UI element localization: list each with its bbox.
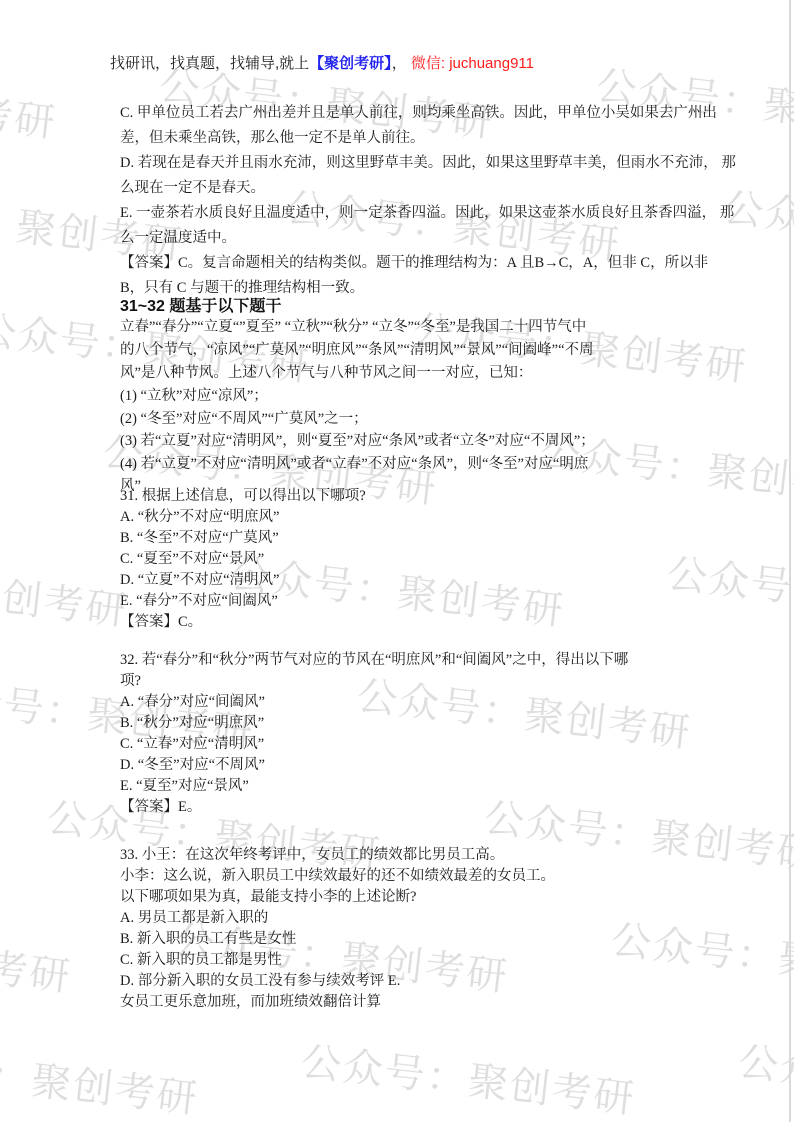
section-31-32-conditions: (1) “立秋”对应“凉风”；(2) “冬至”对应“不周风”“广莫风”之一；(3…	[120, 385, 720, 498]
text-line: 立春”“春分”“立夏“”夏至” “立秋”“秋分” “立冬”“冬至”是我国二十四节…	[120, 316, 720, 339]
page-edge-line	[789, 0, 791, 1122]
promo-header-brand: 【聚创考研】	[309, 55, 392, 72]
text-line: 项?	[120, 671, 720, 692]
text-line: E. “春分”不对应“间阖风”	[120, 591, 720, 612]
text-line: B. “冬至”不对应“广莫风”	[120, 528, 720, 549]
text-line: E. “夏至”对应“景风”	[120, 776, 720, 797]
text-line: 么现在一定不是春天。	[120, 176, 720, 201]
text-line: D. “立夏”不对应“清明风”	[120, 570, 720, 591]
text-line: 小李：这么说，新入职员工中续效最好的还不如绩效最差的女员工。	[120, 866, 720, 887]
text-line: 【答案】E。	[120, 797, 720, 818]
text-line: A. 男员工都是新入职的	[120, 908, 720, 929]
promo-header: 找研讯，找真题，找辅导,就上【聚创考研】， 微信: juchuang911	[110, 52, 534, 73]
text-line: C. 甲单位员工若去广州出差并且是单人前往，则均乘坐高铁。因此，甲单位小吴如果去…	[120, 101, 720, 126]
question-30-options-and-answer: C. 甲单位员工若去广州出差并且是单人前往，则均乘坐高铁。因此，甲单位小吴如果去…	[120, 101, 720, 301]
text-line: C. “夏至”不对应“景风”	[120, 549, 720, 570]
text-line: (2) “冬至”对应“不周风”“广莫风”之一；	[120, 408, 720, 431]
question-33-block: 33. 小王：在这次年终考评中，女员工的绩效都比男员工高。小李：这么说，新入职员…	[120, 845, 720, 1013]
content-layer: 找研讯，找真题，找辅导,就上【聚创考研】， 微信: juchuang911 C.…	[0, 0, 794, 1122]
text-line: B. 新入职的员工有些是女性	[120, 929, 720, 950]
text-line: D. 若现在是春天并且雨水充沛，则这里野草丰美。因此，如果这里野草丰美，但雨水不…	[120, 151, 720, 176]
text-line: 差，但未乘坐高铁，那么他一定不是单人前往。	[120, 126, 720, 151]
text-line: 【答案】C。复言命题相关的结构类似。题干的推理结构为：A 且B→C，A，但非 C…	[120, 251, 720, 276]
text-line: D. 部分新入职的女员工没有参与续效考评 E.	[120, 971, 720, 992]
text-line: E. 一壶茶若水质良好且温度适中，则一定茶香四溢。因此，如果这壶茶水质良好且茶香…	[120, 201, 720, 226]
text-line: 女员工更乐意加班，而加班绩效翻倍计算	[120, 992, 720, 1013]
text-line: 33. 小王：在这次年终考评中，女员工的绩效都比男员工高。	[120, 845, 720, 866]
text-line: 31. 根据上述信息，可以得出以下哪项?	[120, 486, 720, 507]
exam-document-page: 公众号：聚创考研公众号：聚创考研公众号：聚创考研公众号：聚创考研公众号：聚创考研…	[0, 0, 794, 1122]
section-31-32-heading: 31~32 题基于以下题干	[120, 293, 281, 316]
text-line: 么一定温度适中。	[120, 226, 720, 251]
promo-header-prefix: 找研讯，找真题，找辅导,就上	[110, 55, 309, 72]
promo-header-wechat: 微信: juchuang911	[411, 55, 534, 72]
text-line: 以下哪项如果为真，最能支持小李的上述论断?	[120, 887, 720, 908]
text-line: (1) “立秋”对应“凉风”；	[120, 385, 720, 408]
text-line: 风”是八种节风。上述八个节气与八种节风之间一一对应，已知：	[120, 362, 720, 385]
text-line: (3) 若“立夏”对应“清明风”，则“夏至”对应“条风”或者“立冬”对应“不周风…	[120, 430, 720, 453]
text-line: 的八个节气，“凉风”“广莫风”“明庶风”“条风”“清明风”“景风”“间阖峰”“不…	[120, 339, 720, 362]
text-line: 32. 若“春分”和“秋分”两节气对应的节风在“明庶风”和“间阖风”之中，得出以…	[120, 650, 720, 671]
question-31-block: 31. 根据上述信息，可以得出以下哪项?A. “秋分”不对应“明庶风”B. “冬…	[120, 486, 720, 633]
promo-header-separator: ，	[392, 55, 411, 72]
text-line: C. “立春”对应“清明风”	[120, 734, 720, 755]
text-line: (4) 若“立夏”不对应“清明风”或者“立春”不对应“条风”，则“冬至”对应“明…	[120, 453, 720, 476]
text-line: B. “秋分”对应“明庶风”	[120, 713, 720, 734]
text-line: D. “冬至”对应“不周风”	[120, 755, 720, 776]
text-line: 【答案】C。	[120, 612, 720, 633]
text-line: C. 新入职的员工都是男性	[120, 950, 720, 971]
section-31-32-stem: 立春”“春分”“立夏“”夏至” “立秋”“秋分” “立冬”“冬至”是我国二十四节…	[120, 316, 720, 385]
text-line: A. “春分”对应“间阖风”	[120, 692, 720, 713]
text-line: A. “秋分”不对应“明庶风”	[120, 507, 720, 528]
question-32-block: 32. 若“春分”和“秋分”两节气对应的节风在“明庶风”和“间阖风”之中，得出以…	[120, 650, 720, 818]
